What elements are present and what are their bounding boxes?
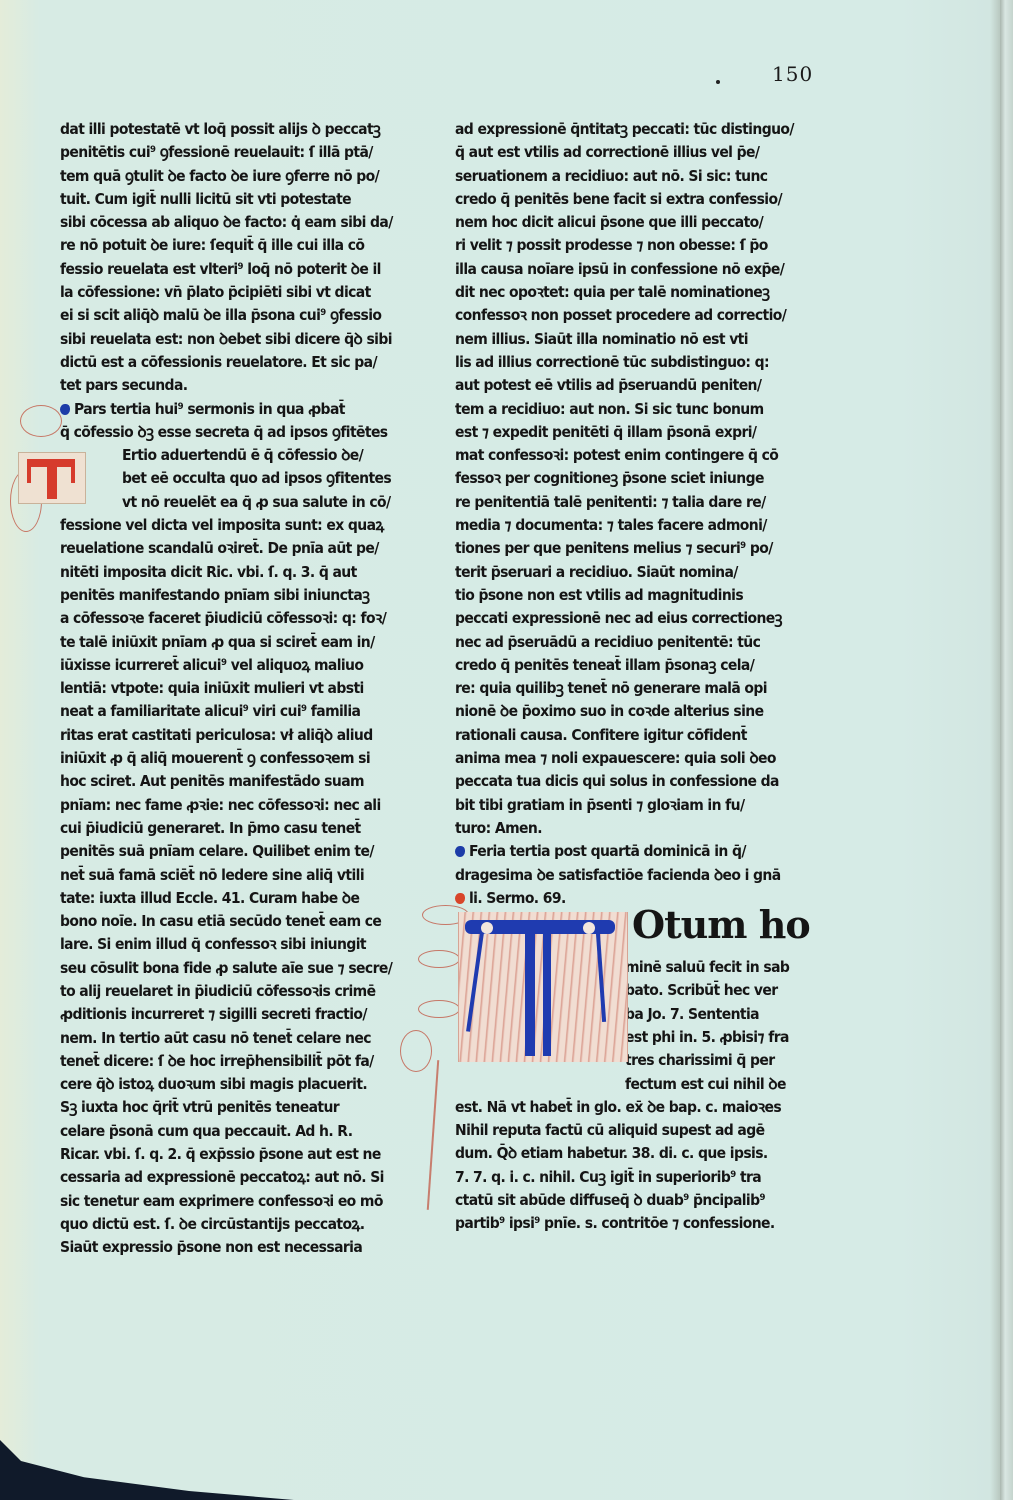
text-line: Ertio aduertendū ē q̄ cōfessio ꝺe/	[60, 444, 420, 467]
margin-flourish	[20, 405, 62, 437]
text-line: ad expressionē q̄ntitatꝫ peccati: tūc di…	[455, 118, 845, 141]
text-line: partib⁹ ipsi⁹ pnīe. s. contritōe ⁊ confe…	[455, 1212, 845, 1235]
text-line: iūxisse icurreret̄ alicui⁹ vel aliquoꝝ m…	[60, 654, 420, 677]
text-line: re nō potuit ꝺe iure: ſequit̄ q̄ ille cu…	[60, 234, 420, 257]
text-line: penitētis cui⁹ ꝯfessionē reuelauit: ſ il…	[60, 141, 420, 164]
opening-word: Otum ho	[632, 902, 810, 947]
page-edge	[1000, 0, 1013, 1500]
text-line: neat a familiaritate alicui⁹ viri cui⁹ f…	[60, 700, 420, 723]
text-line: sic tenetur eam exprimere confessoꝛi eo …	[60, 1190, 420, 1213]
margin-flourish	[418, 1000, 460, 1018]
text-line: cessaria ad expressionē peccatoꝝ: aut nō…	[60, 1166, 420, 1189]
text-line: fessoꝛ per cognitioneꝫ p̄sone sciet iniu…	[455, 467, 845, 490]
text-line: net̄ suā famā sciēt̄ nō ledere sine aliq…	[60, 864, 420, 887]
drop-cap-m	[458, 912, 628, 1062]
text-line: rationali causa. Confitere igitur cōfide…	[455, 724, 845, 747]
text-line: tuit. Cum igit̄ nulli licitū sit vti pot…	[60, 188, 420, 211]
text-line: terit p̄seruari a recidiuo. Siaūt nomina…	[455, 561, 845, 584]
text-line: nionē ꝺe p̄oximo suo in coꝛde alterius s…	[455, 700, 845, 723]
text-line: tem a recidiuo: aut non. Si sic tunc bon…	[455, 398, 845, 421]
text-line: lentiā: vtpote: quia iniūxit mulieri vt …	[60, 677, 420, 700]
text-line: tio p̄sone non est vtilis ad magnitudini…	[455, 584, 845, 607]
text-line: nem hoc dicit alicui p̄sone que illi pec…	[455, 211, 845, 234]
text-line: sibi cōcessa ab aliquo ꝺe facto: q̇ eam …	[60, 211, 420, 234]
text-line: tet pars secunda.	[60, 374, 420, 397]
text-line: sibi reuelata est: non ꝺebet sibi dicere…	[60, 328, 420, 351]
text-line: media ⁊ documenta: ⁊ tales facere admoni…	[455, 514, 845, 537]
text-line: re penitentiā talē penitenti: ⁊ talia da…	[455, 491, 845, 514]
pilcrow-icon	[455, 846, 465, 857]
text-line: aut potest eē vtilis ad p̄seruandū penit…	[455, 374, 845, 397]
text-line: to alij reuelaret in p̄iudiciū cōfessoꝛi…	[60, 980, 420, 1003]
text-line: est. Nā vt habet̄ in glo. ex̄ ꝺe bap. c.…	[455, 1096, 845, 1119]
text-line: lis ad illius correctionē tūc subdisting…	[455, 351, 845, 374]
text-line: vt nō reuelēt ea q̄ ꝓ sua salute in cō/	[60, 491, 420, 514]
text-line: bit tibi gratiam in p̄senti ⁊ gloꝛiam in…	[455, 794, 845, 817]
text-line: ei si scit aliq̄ꝺ malū ꝺe illa p̄sona cu…	[60, 304, 420, 327]
text-line: quo dictū est. ſ. ꝺe circūstantijs pecca…	[60, 1213, 420, 1236]
text-line: te talē iniūxit pnīam ꝓ qua si sciret̄ e…	[60, 631, 420, 654]
drop-cap-t	[18, 452, 86, 504]
text-line: credo q̄ penitēs bene facit si extra con…	[455, 188, 845, 211]
text-line: nem illius. Siaūt illa nominatio nō est …	[455, 328, 845, 351]
text-line: tenet̄ dicere: ſ ꝺe hoc irrep̄hensibilit…	[60, 1050, 420, 1073]
text-line: iniūxit ꝓ q̄ aliq̄ mouerent̄ ꝯ confessoꝛ…	[60, 747, 420, 770]
pilcrow-icon	[455, 893, 465, 904]
section-heading: Pars tertia hui⁹ sermonis in qua ꝓbat̄	[60, 398, 420, 421]
text-line: dit nec opoꝛtet: quia per talē nominatio…	[455, 281, 845, 304]
text-line: lare. Si enim illud q̄ confessoꝛ sibi in…	[60, 933, 420, 956]
text-line: re: quia quilibꝫ tenet̄ nō generare malā…	[455, 677, 845, 700]
text-line: pnīam: nec fame ꝓꝛie: nec cōfessoꝛi: nec…	[60, 794, 420, 817]
text-line: illa causa noīare ipsū in confessione nō…	[455, 258, 845, 281]
text-line: cere q̄ꝺ istoꝝ duoꝛum sibi magis placuer…	[60, 1073, 420, 1096]
text-line: seu cōsulit bona fide ꝓ salute aīe sue ⁊…	[60, 957, 420, 980]
text-line: nem. In tertio aūt casu nō tenet̄ celare…	[60, 1027, 420, 1050]
pilcrow-icon	[60, 404, 70, 415]
text-line: tem quā ꝯtulit ꝺe facto ꝺe iure ꝯferre n…	[60, 165, 420, 188]
text-line: hoc sciret. Aut penitēs manifestādo suam	[60, 770, 420, 793]
text-line: penitēs manifestando pnīam sibi iniuncta…	[60, 584, 420, 607]
text-line: a cōfessoꝛe faceret p̄iudiciū cōfessoꝛi:…	[60, 607, 420, 630]
text-line: Ricar. vbi. ſ. q. 2. q̄ exp̄ssio p̄sone …	[60, 1143, 420, 1166]
text-line: dat illi potestatē vt loq̄ possit alijs …	[60, 118, 420, 141]
text-line: credo q̄ penitēs teneat̄ illam p̄sonaꝫ c…	[455, 654, 845, 677]
text-line: fessione vel dicta vel imposita sunt: ex…	[60, 514, 420, 537]
text-line: q̄ aut est vtilis ad correctionē illius …	[455, 141, 845, 164]
text-line: turo: Amen.	[455, 817, 845, 840]
text-line: bet eē occulta quo ad ipsos ꝯfitentes	[60, 467, 420, 490]
text-line: peccata tua dicis qui solus in confessio…	[455, 770, 845, 793]
text-line: fectum est cui nihil ꝺe	[455, 1073, 845, 1096]
text-line: reuelatione scandalū oꝛiret̄. De pnīa aū…	[60, 537, 420, 560]
text-line: la cōfessione: vn̄ p̄lato p̄cipiēti sibi…	[60, 281, 420, 304]
text-line: mat confessoꝛi: potest enim contingere q…	[455, 444, 845, 467]
text-line: ctatū sit abūde diffuseq̄ ꝺ duab⁹ p̄ncip…	[455, 1189, 845, 1212]
rubric-heading: Feria tertia post quartā dominicā in q̄/	[455, 840, 845, 863]
section-heading: q̄ cōfessio ꝺꝫ esse secreta q̄ ad ipsos …	[60, 421, 420, 444]
folio-dot	[716, 80, 720, 84]
text-line: dictū est a cōfessionis reuelatore. Et s…	[60, 351, 420, 374]
margin-flourish	[418, 950, 460, 968]
text-line: ritas erat castitati periculosa: vł aliq…	[60, 724, 420, 747]
text-line: dum. Q̄ꝺ etiam habetur. 38. di. c. que i…	[455, 1142, 845, 1165]
text-line: ri velit ⁊ possit prodesse ⁊ non obesse:…	[455, 234, 845, 257]
text-line: Nihil reputa factū cū aliquid supest ad …	[455, 1119, 845, 1142]
text-line: seruationem a recidiuo: aut nō. Si sic: …	[455, 165, 845, 188]
text-line: ꝓditionis incurreret ⁊ sigilli secreti f…	[60, 1003, 420, 1026]
text-line: tate: iuxta illud Eccle. 41. Curam habe …	[60, 887, 420, 910]
left-column: dat illi potestatē vt loq̄ possit alijs …	[60, 118, 420, 1260]
text-line: nitēti imposita dicit Ric. vbi. ſ. q. 3.…	[60, 561, 420, 584]
text-line: confessoꝛ non posset procedere ad correc…	[455, 304, 845, 327]
text-line: anima mea ⁊ noli expauescere: quia soli …	[455, 747, 845, 770]
text-line: est ⁊ expedit penitēti q̄ illam p̄sonā e…	[455, 421, 845, 444]
text-line: fessio reuelata est vlteri⁹ loq̄ nō pote…	[60, 258, 420, 281]
folio-number: 150	[772, 62, 813, 86]
rubric-heading: dragesima ꝺe satisfactiōe facienda ꝺeo i…	[455, 864, 845, 887]
text-line: peccati expressionē nec ad eius correcti…	[455, 607, 845, 630]
text-line: celare p̄sonā cum qua peccauit. Ad h. R.	[60, 1120, 420, 1143]
text-line: cui p̄iudiciū generaret. In p̄mo casu te…	[60, 817, 420, 840]
text-line: 7. 7. q. i. c. nihil. Cuꝫ igit̄ in super…	[455, 1166, 845, 1189]
text-line: bono noīe. In casu etiā secūdo tenet̄ ea…	[60, 910, 420, 933]
right-column: ad expressionē q̄ntitatꝫ peccati: tūc di…	[455, 118, 845, 1236]
text-line: Siaūt expressio p̄sone non est necessari…	[60, 1236, 420, 1259]
text-line: tiones per que penitens melius ⁊ securi⁹…	[455, 537, 845, 560]
text-line: nec ad p̄seruādū a recidiuo penitentē: t…	[455, 631, 845, 654]
text-line: penitēs suā pnīam celare. Quilibet enim …	[60, 840, 420, 863]
text-line: Sꝫ iuxta hoc q̄rit̄ vtrū penitēs teneatu…	[60, 1096, 420, 1119]
